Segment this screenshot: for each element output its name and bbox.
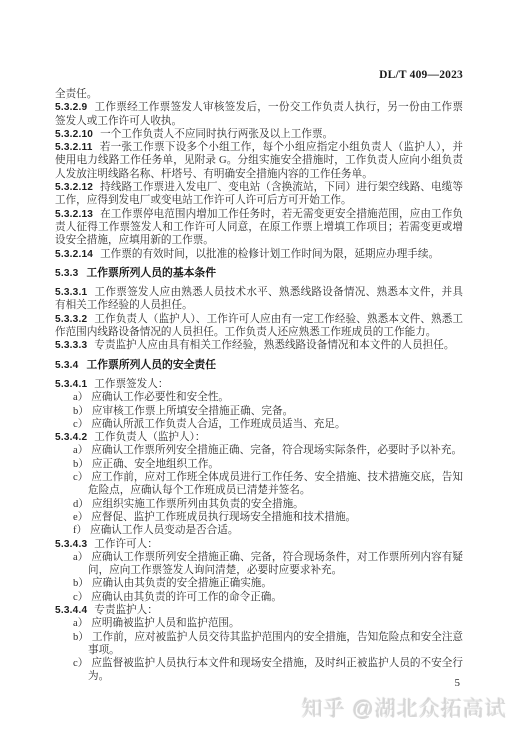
- clause-text: 工作票签发人：: [94, 379, 168, 390]
- list-item: b）应确认由其负责的安全措施正确实施。: [55, 577, 463, 590]
- list-item: a）应确认工作票所列安全措施正确、完备，符合现场实际条件，必要时予以补充。: [55, 444, 463, 457]
- list-item: a）应明确被监护人员和监护范围。: [55, 617, 463, 630]
- running-header: DL/T 409—2023: [379, 69, 463, 81]
- clause-number: 5.3.4.2: [55, 432, 87, 443]
- item-label: b）: [73, 459, 89, 470]
- paragraph-continuation: 全责任。: [55, 88, 463, 101]
- clause-number: 5.3.2.11: [55, 142, 93, 153]
- item-text: 应确认工作人员变动是否合适。: [90, 525, 238, 536]
- clause-number: 5.3.3.3: [55, 340, 87, 351]
- clause-5-3-3-1: 5.3.3.1工作票签发人应由熟悉人员技术水平、熟悉线路设备情况、熟悉本文件，并…: [55, 286, 463, 313]
- item-label: a）: [73, 445, 88, 456]
- clause-number: 5.3.2.13: [55, 209, 93, 220]
- list-item: d）应组织实施工作票所列由其负责的安全措施。: [55, 498, 463, 511]
- item-text: 应确认工作必要性和安全性。: [91, 392, 229, 403]
- list-item: b）应审核工作票上所填安全措施正确、完备。: [55, 405, 463, 418]
- section-heading-5-3-3: 5.3.3工作票所列人员的基本条件: [55, 267, 463, 280]
- clause-number: 5.3.4.3: [55, 539, 87, 550]
- item-text: 应确认工作票所列安全措施正确、完备，符合现场条件，对工作票所列内容有疑问，应向工…: [88, 552, 463, 576]
- item-label: c）: [73, 592, 88, 603]
- heading-number: 5.3.4: [55, 360, 78, 371]
- list-item: c）应工作前，应对工作班全体成员进行工作任务、安全措施、技术措施交底，告知危险点…: [55, 471, 463, 498]
- clause-5-3-4-3: 5.3.4.3工作许可人：: [55, 538, 463, 551]
- clause-5-3-4-4: 5.3.4.4专责监护人：: [55, 604, 463, 617]
- clause-number: 5.3.2.12: [55, 182, 93, 193]
- item-label: d）: [73, 499, 89, 510]
- item-label: c）: [73, 419, 88, 430]
- clause-text: 工作负责人（监护人）、工作许可人应由有一定工作经验、熟悉本文件、熟悉工作范围内线…: [55, 314, 463, 338]
- clause-number: 5.3.2.9: [55, 102, 87, 113]
- document-body: 全责任。 5.3.2.9工作票经工作票签发人审核签发后，一份交工作负责人执行，另…: [55, 88, 463, 684]
- clause-5-3-2-12: 5.3.2.12持线路工作票进入发电厂、变电站（含换流站，下同）进行架空线路、电…: [55, 181, 463, 208]
- watermark: 知乎 @湖北众拓高试: [302, 693, 507, 723]
- clause-text: 在工作票停电范围内增加工作任务时，若无需变更安全措施范围，应由工作负责人征得工作…: [55, 209, 463, 247]
- item-text: 应明确被监护人员和监护范围。: [91, 618, 239, 629]
- clause-5-3-2-9: 5.3.2.9工作票经工作票签发人审核签发后，一份交工作负责人执行，另一份由工作…: [55, 101, 463, 128]
- clause-text: 一个工作负责人不应同时执行两张及以上工作票。: [100, 129, 333, 140]
- clause-number: 5.3.4.1: [55, 379, 87, 390]
- clause-text: 专责监护人应由具有相关工作经验，熟悉线路设备情况和本文件的人员担任。: [94, 340, 454, 351]
- clause-number: 5.3.2.14: [55, 249, 93, 260]
- item-text: 应确认由其负责的安全措施正确实施。: [92, 578, 272, 589]
- item-text: 工作前，应对被监护人员交待其监护范围内的安全措施，告知危险点和安全注意事项。: [88, 632, 463, 656]
- item-label: e）: [73, 512, 88, 523]
- item-label: a）: [73, 392, 88, 403]
- document-page: DL/T 409—2023 全责任。 5.3.2.9工作票经工作票签发人审核签发…: [0, 0, 517, 732]
- item-text: 应监督被监护人员执行本文件和现场安全措施，及时纠正被监护人员的不安全行为。: [88, 658, 463, 682]
- clause-5-3-2-11: 5.3.2.11若一张工作票下设多个小组工作，每个小组应指定小组负责人（监护人）…: [55, 141, 463, 181]
- list-item: c）应确认所派工作负责人合适，工作班成员适当、充足。: [55, 418, 463, 431]
- item-text: 应确认工作票所列安全措施正确、完备，符合现场实际条件，必要时予以补充。: [91, 445, 462, 456]
- heading-number: 5.3.3: [55, 268, 78, 279]
- item-label: b）: [73, 406, 89, 417]
- clause-text: 工作票签发人应由熟悉人员技术水平、熟悉线路设备情况、熟悉本文件，并具有相关工作经…: [55, 287, 463, 311]
- page-number: 5: [455, 677, 461, 689]
- list-item: e）应督促、监护工作班成员执行现场安全措施和技术措施。: [55, 511, 463, 524]
- clause-text: 专责监护人：: [94, 605, 158, 616]
- item-text: 应确认由其负责的许可工作的命令正确。: [91, 592, 282, 603]
- list-item: b）应正确、安全地组织工作。: [55, 458, 463, 471]
- list-item: a）应确认工作必要性和安全性。: [55, 391, 463, 404]
- item-label: b）: [73, 578, 89, 589]
- list-item: f）应确认工作人员变动是否合适。: [55, 524, 463, 537]
- clause-5-3-3-2: 5.3.3.2工作负责人（监护人）、工作许可人应由有一定工作经验、熟悉本文件、熟…: [55, 313, 463, 340]
- item-label: a）: [73, 618, 88, 629]
- clause-text: 持线路工作票进入发电厂、变电站（含换流站，下同）进行架空线路、电缆等工作，应得到…: [55, 182, 463, 206]
- heading-title: 工作票所列人员的安全责任: [86, 359, 216, 371]
- item-text: 应正确、安全地组织工作。: [92, 459, 219, 470]
- clause-number: 5.3.4.4: [55, 605, 87, 616]
- item-text: 应督促、监护工作班成员执行现场安全措施和技术措施。: [91, 512, 356, 523]
- clause-text: 工作许可人：: [94, 539, 158, 550]
- list-item: c）应监督被监护人员执行本文件和现场安全措施，及时纠正被监护人员的不安全行为。: [55, 657, 463, 684]
- item-label: c）: [73, 472, 88, 483]
- list-item: a）应确认工作票所列安全措施正确、完备，符合现场条件，对工作票所列内容有疑问，应…: [55, 551, 463, 578]
- clause-5-3-2-13: 5.3.2.13在工作票停电范围内增加工作任务时，若无需变更安全措施范围，应由工…: [55, 208, 463, 248]
- item-text: 应工作前，应对工作班全体成员进行工作任务、安全措施、技术措施交底，告知危险点，应…: [88, 472, 463, 496]
- clause-text: 工作负责人（监护人）：: [94, 432, 205, 443]
- clause-text: 工作票的有效时间，以批准的检修计划工作时间为限，延期应办理手续。: [100, 249, 439, 260]
- item-text: 应审核工作票上所填安全措施正确、完备。: [92, 406, 293, 417]
- clause-text: 工作票经工作票签发人审核签发后，一份交工作负责人执行，另一份由工作票签发人或工作…: [55, 102, 463, 126]
- item-text: 应确认所派工作负责人合适，工作班成员适当、充足。: [91, 419, 345, 430]
- clause-number: 5.3.3.1: [55, 287, 87, 298]
- list-item: c）应确认由其负责的许可工作的命令正确。: [55, 591, 463, 604]
- clause-text: 若一张工作票下设多个小组工作，每个小组应指定小组负责人（监护人），并使用电力线路…: [55, 142, 463, 180]
- clause-number: 5.3.3.2: [55, 314, 87, 325]
- item-text: 应组织实施工作票所列由其负责的安全措施。: [92, 499, 304, 510]
- item-label: a）: [73, 552, 88, 563]
- item-label: c）: [73, 658, 88, 669]
- clause-5-3-3-3: 5.3.3.3专责监护人应由具有相关工作经验，熟悉线路设备情况和本文件的人员担任…: [55, 339, 463, 352]
- section-heading-5-3-4: 5.3.4工作票所列人员的安全责任: [55, 359, 463, 372]
- clause-5-3-2-14: 5.3.2.14工作票的有效时间，以批准的检修计划工作时间为限，延期应办理手续。: [55, 248, 463, 261]
- heading-title: 工作票所列人员的基本条件: [86, 267, 216, 279]
- item-label: b）: [73, 632, 89, 643]
- clause-number: 5.3.2.10: [55, 129, 93, 140]
- clause-5-3-4-2: 5.3.4.2工作负责人（监护人）：: [55, 431, 463, 444]
- list-item: b）工作前，应对被监护人员交待其监护范围内的安全措施，告知危险点和安全注意事项。: [55, 631, 463, 658]
- clause-5-3-2-10: 5.3.2.10一个工作负责人不应同时执行两张及以上工作票。: [55, 128, 463, 141]
- item-label: f）: [73, 525, 87, 536]
- clause-5-3-4-1: 5.3.4.1工作票签发人：: [55, 378, 463, 391]
